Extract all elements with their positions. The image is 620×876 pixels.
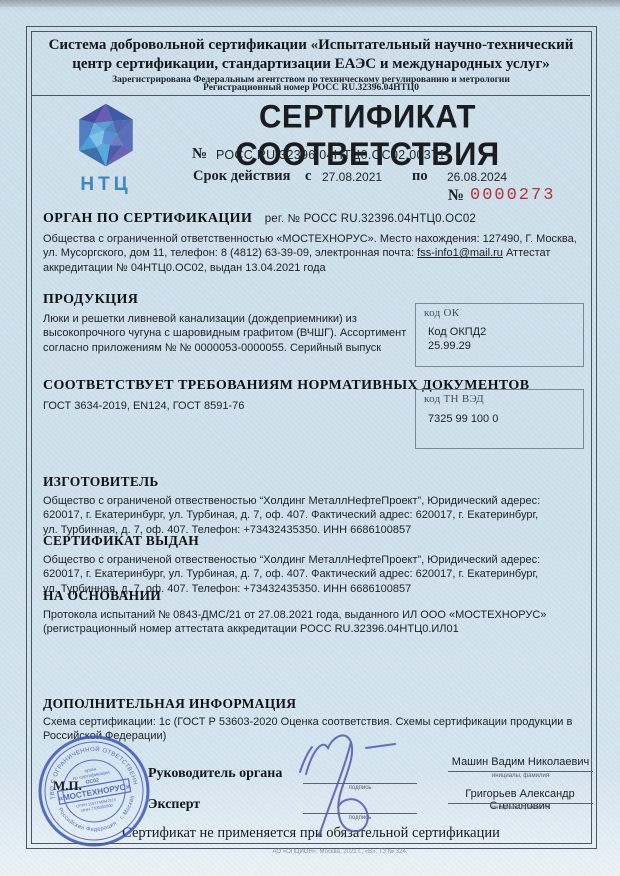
certificate-page: Система добровольной сертификации «Испыт…: [0, 0, 620, 876]
handwritten-signature-icon: [0, 0, 620, 876]
